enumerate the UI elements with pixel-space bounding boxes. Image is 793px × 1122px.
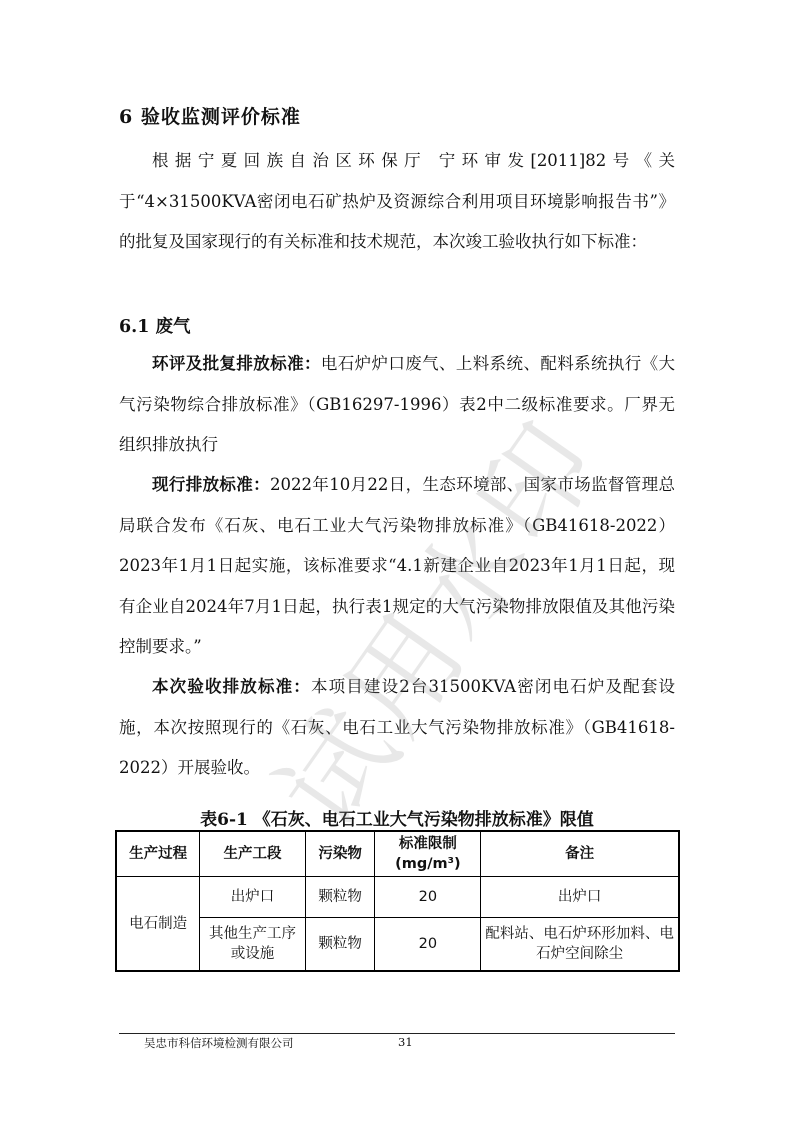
header-limit-label: 标准限制 [379,834,476,854]
cell-process: 电石制造 [116,877,200,972]
eia-standard-paragraph: 环评及批复排放标准：电石炉炉口废气、上料系统、配料系统执行《大气污染物综合排放标… [119,344,675,466]
cell-limit: 20 [375,877,481,918]
current-standard-text: 2022年10月22日，生态环境部、国家市场监督管理总局联合发布《石灰、电石工业… [119,475,675,656]
eia-standard-label: 环评及批复排放标准： [152,354,321,373]
header-process: 生产过程 [116,831,200,877]
acceptance-standard-label: 本次验收排放标准： [152,677,311,696]
cell-note: 配料站、电石炉环形加料、电石炉空间除尘 [481,918,679,972]
header-stage: 生产工段 [200,831,306,877]
cell-stage: 其他生产工序或设施 [200,918,306,972]
cell-stage: 出炉口 [200,877,306,918]
intro-paragraph: 根据宁夏回族自治区环保厅 宁环审发[2011]82号《关于“4×31500KVA… [119,141,675,263]
page-number: 31 [398,1035,413,1049]
table-header-row: 生产过程 生产工段 污染物 标准限制 (mg/m³) 备注 [116,831,679,877]
header-pollutant: 污染物 [305,831,375,877]
current-standard-paragraph: 现行排放标准：2022年10月22日，生态环境部、国家市场监督管理总局联合发布《… [119,465,675,668]
header-limit: 标准限制 (mg/m³) [375,831,481,877]
header-limit-unit: (mg/m³) [379,854,476,874]
table-caption: 表6-1 《石灰、电石工业大气污染物排放标准》限值 [119,805,675,830]
cell-pollutant: 颗粒物 [305,918,375,972]
footer-company: 吴忠市科信环境检测有限公司 [144,1035,294,1051]
section-heading: 6 验收监测评价标准 [119,102,301,129]
cell-limit: 20 [375,918,481,972]
footer-divider [119,1033,675,1034]
header-note: 备注 [481,831,679,877]
document-page: 6 验收监测评价标准 根据宁夏回族自治区环保厅 宁环审发[2011]82号《关于… [0,0,793,1122]
emission-limits-table: 生产过程 生产工段 污染物 标准限制 (mg/m³) 备注 电石制造 出炉口 颗… [115,830,680,972]
cell-note: 出炉口 [481,877,679,918]
cell-pollutant: 颗粒物 [305,877,375,918]
acceptance-standard-paragraph: 本次验收排放标准：本项目建设2台31500KVA密闭电石炉及配套设施，本次按照现… [119,667,675,789]
table-row: 电石制造 出炉口 颗粒物 20 出炉口 [116,877,679,918]
table-row: 其他生产工序或设施 颗粒物 20 配料站、电石炉环形加料、电石炉空间除尘 [116,918,679,972]
subsection-heading: 6.1 废气 [119,313,191,338]
current-standard-label: 现行排放标准： [152,475,270,494]
